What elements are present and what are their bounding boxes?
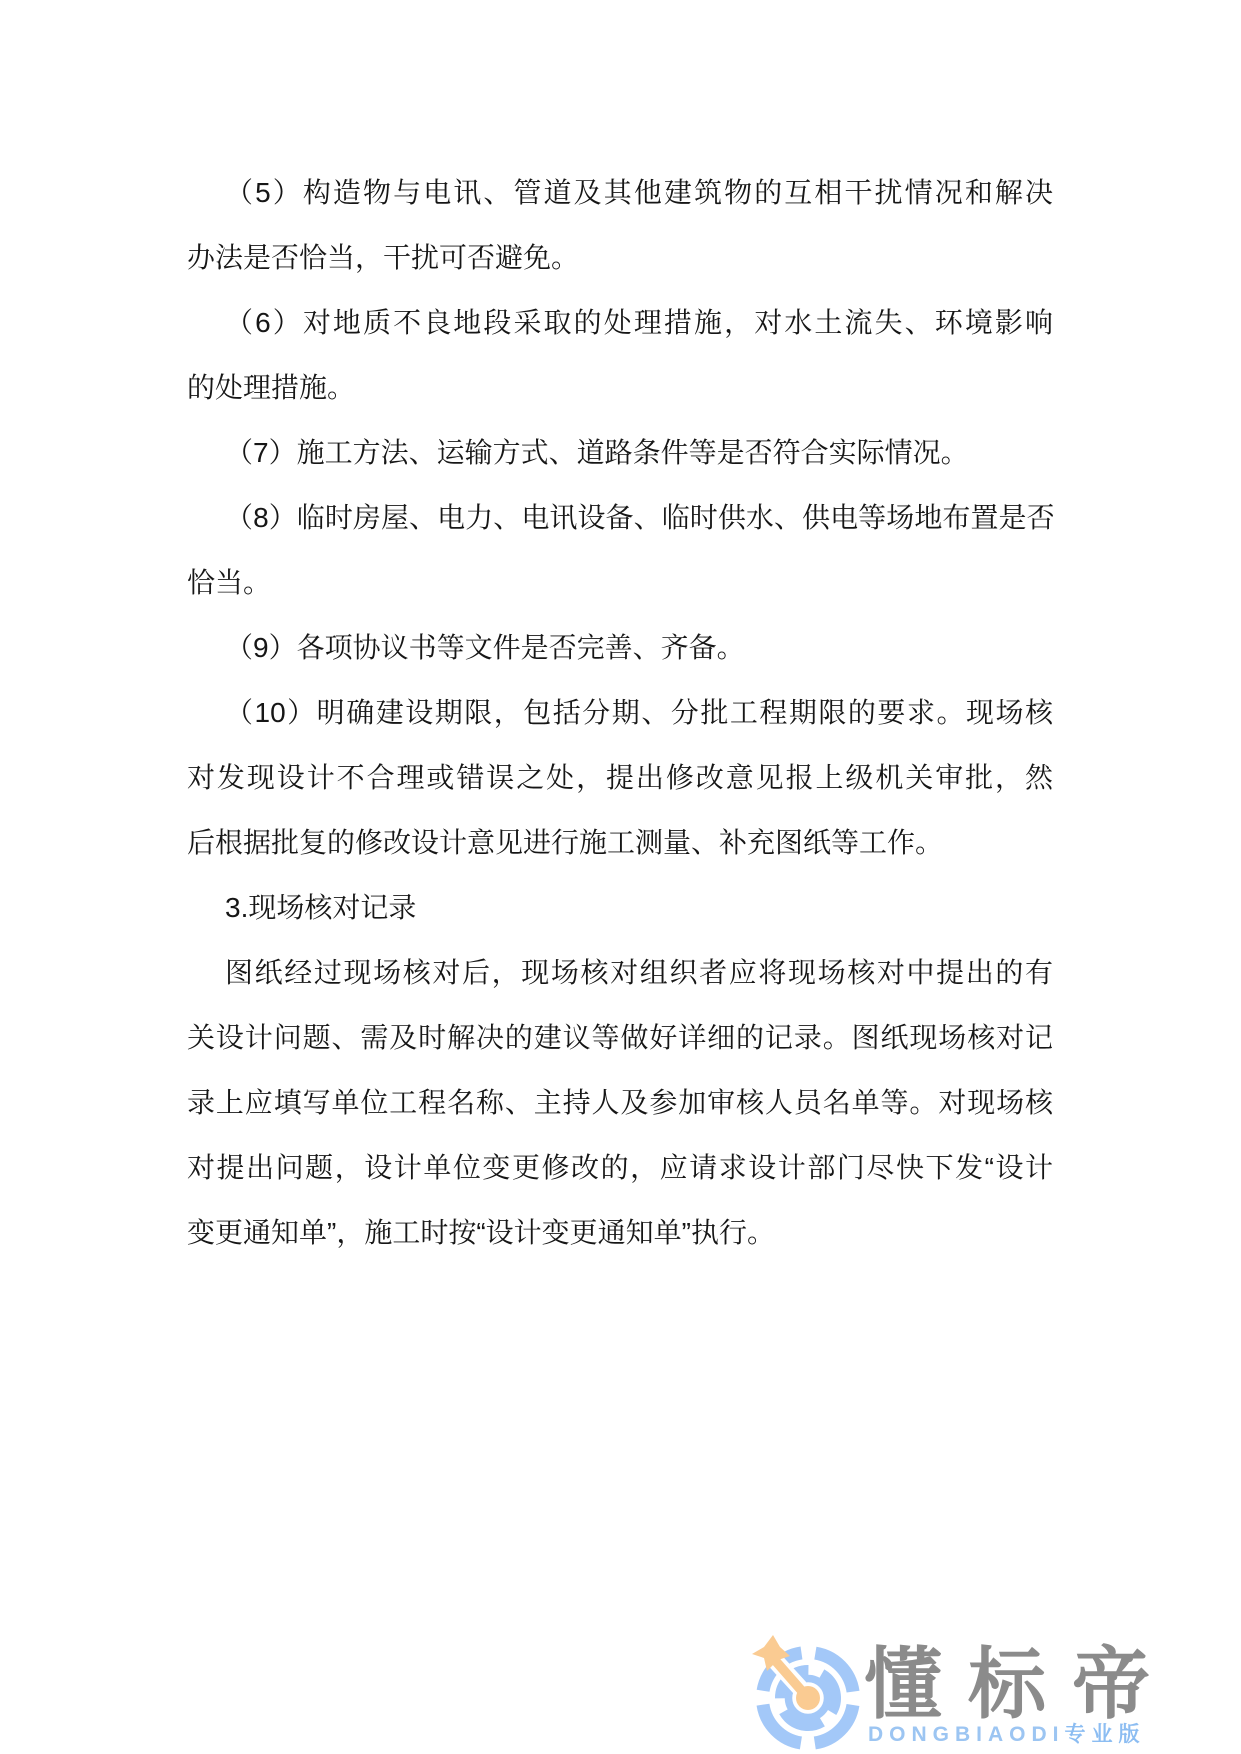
- text-line: 的处理措施。: [187, 355, 1053, 420]
- text-line: 关设计问题、需及时解决的建议等做好详细的记录。图纸现场核对记: [187, 1005, 1053, 1070]
- target-dart-icon: [740, 1630, 864, 1754]
- text-line: （9）各项协议书等文件是否完善、齐备。: [187, 615, 1053, 680]
- text-line: （7）施工方法、运输方式、道路条件等是否符合实际情况。: [187, 420, 1053, 485]
- section-heading: 3.现场核对记录: [187, 875, 1053, 940]
- watermark-brand-latin: DONGBIAODI: [868, 1723, 1065, 1746]
- text-line: 对提出问题，设计单位变更修改的，应请求设计部门尽快下发“设计: [187, 1135, 1053, 1200]
- text-line: （10）明确建设期限，包括分期、分批工程期限的要求。现场核: [187, 680, 1053, 745]
- text-line: 变更通知单”，施工时按“设计变更通知单”执行。: [187, 1200, 1053, 1265]
- watermark-brand-name: 懂标帝: [864, 1645, 1176, 1723]
- document-body: （5）构造物与电讯、管道及其他建筑物的互相干扰情况和解决 办法是否恰当，干扰可否…: [187, 160, 1053, 1265]
- text-line: 办法是否恰当，干扰可否避免。: [187, 225, 1053, 290]
- watermark-edition-label: 专业版: [1065, 1723, 1146, 1746]
- text-line: （5）构造物与电讯、管道及其他建筑物的互相干扰情况和解决: [187, 160, 1053, 225]
- text-line: 图纸经过现场核对后，现场核对组织者应将现场核对中提出的有: [187, 940, 1053, 1005]
- text-line: 对发现设计不合理或错误之处，提出修改意见报上级机关审批，然: [187, 745, 1053, 810]
- text-line: 录上应填写单位工程名称、主持人及参加审核人员名单等。对现场核: [187, 1070, 1053, 1135]
- document-page: （5）构造物与电讯、管道及其他建筑物的互相干扰情况和解决 办法是否恰当，干扰可否…: [0, 0, 1241, 1754]
- text-line: 后根据批复的修改设计意见进行施工测量、补充图纸等工作。: [187, 810, 1053, 875]
- text-line: （6）对地质不良地段采取的处理措施，对水土流失、环境影响: [187, 290, 1053, 355]
- text-line: （8）临时房屋、电力、电讯设备、临时供水、供电等场地布置是否: [187, 485, 1053, 550]
- watermark-subtitle: DONGBIAODI专业版: [868, 1723, 1146, 1747]
- text-line: 恰当。: [187, 550, 1053, 615]
